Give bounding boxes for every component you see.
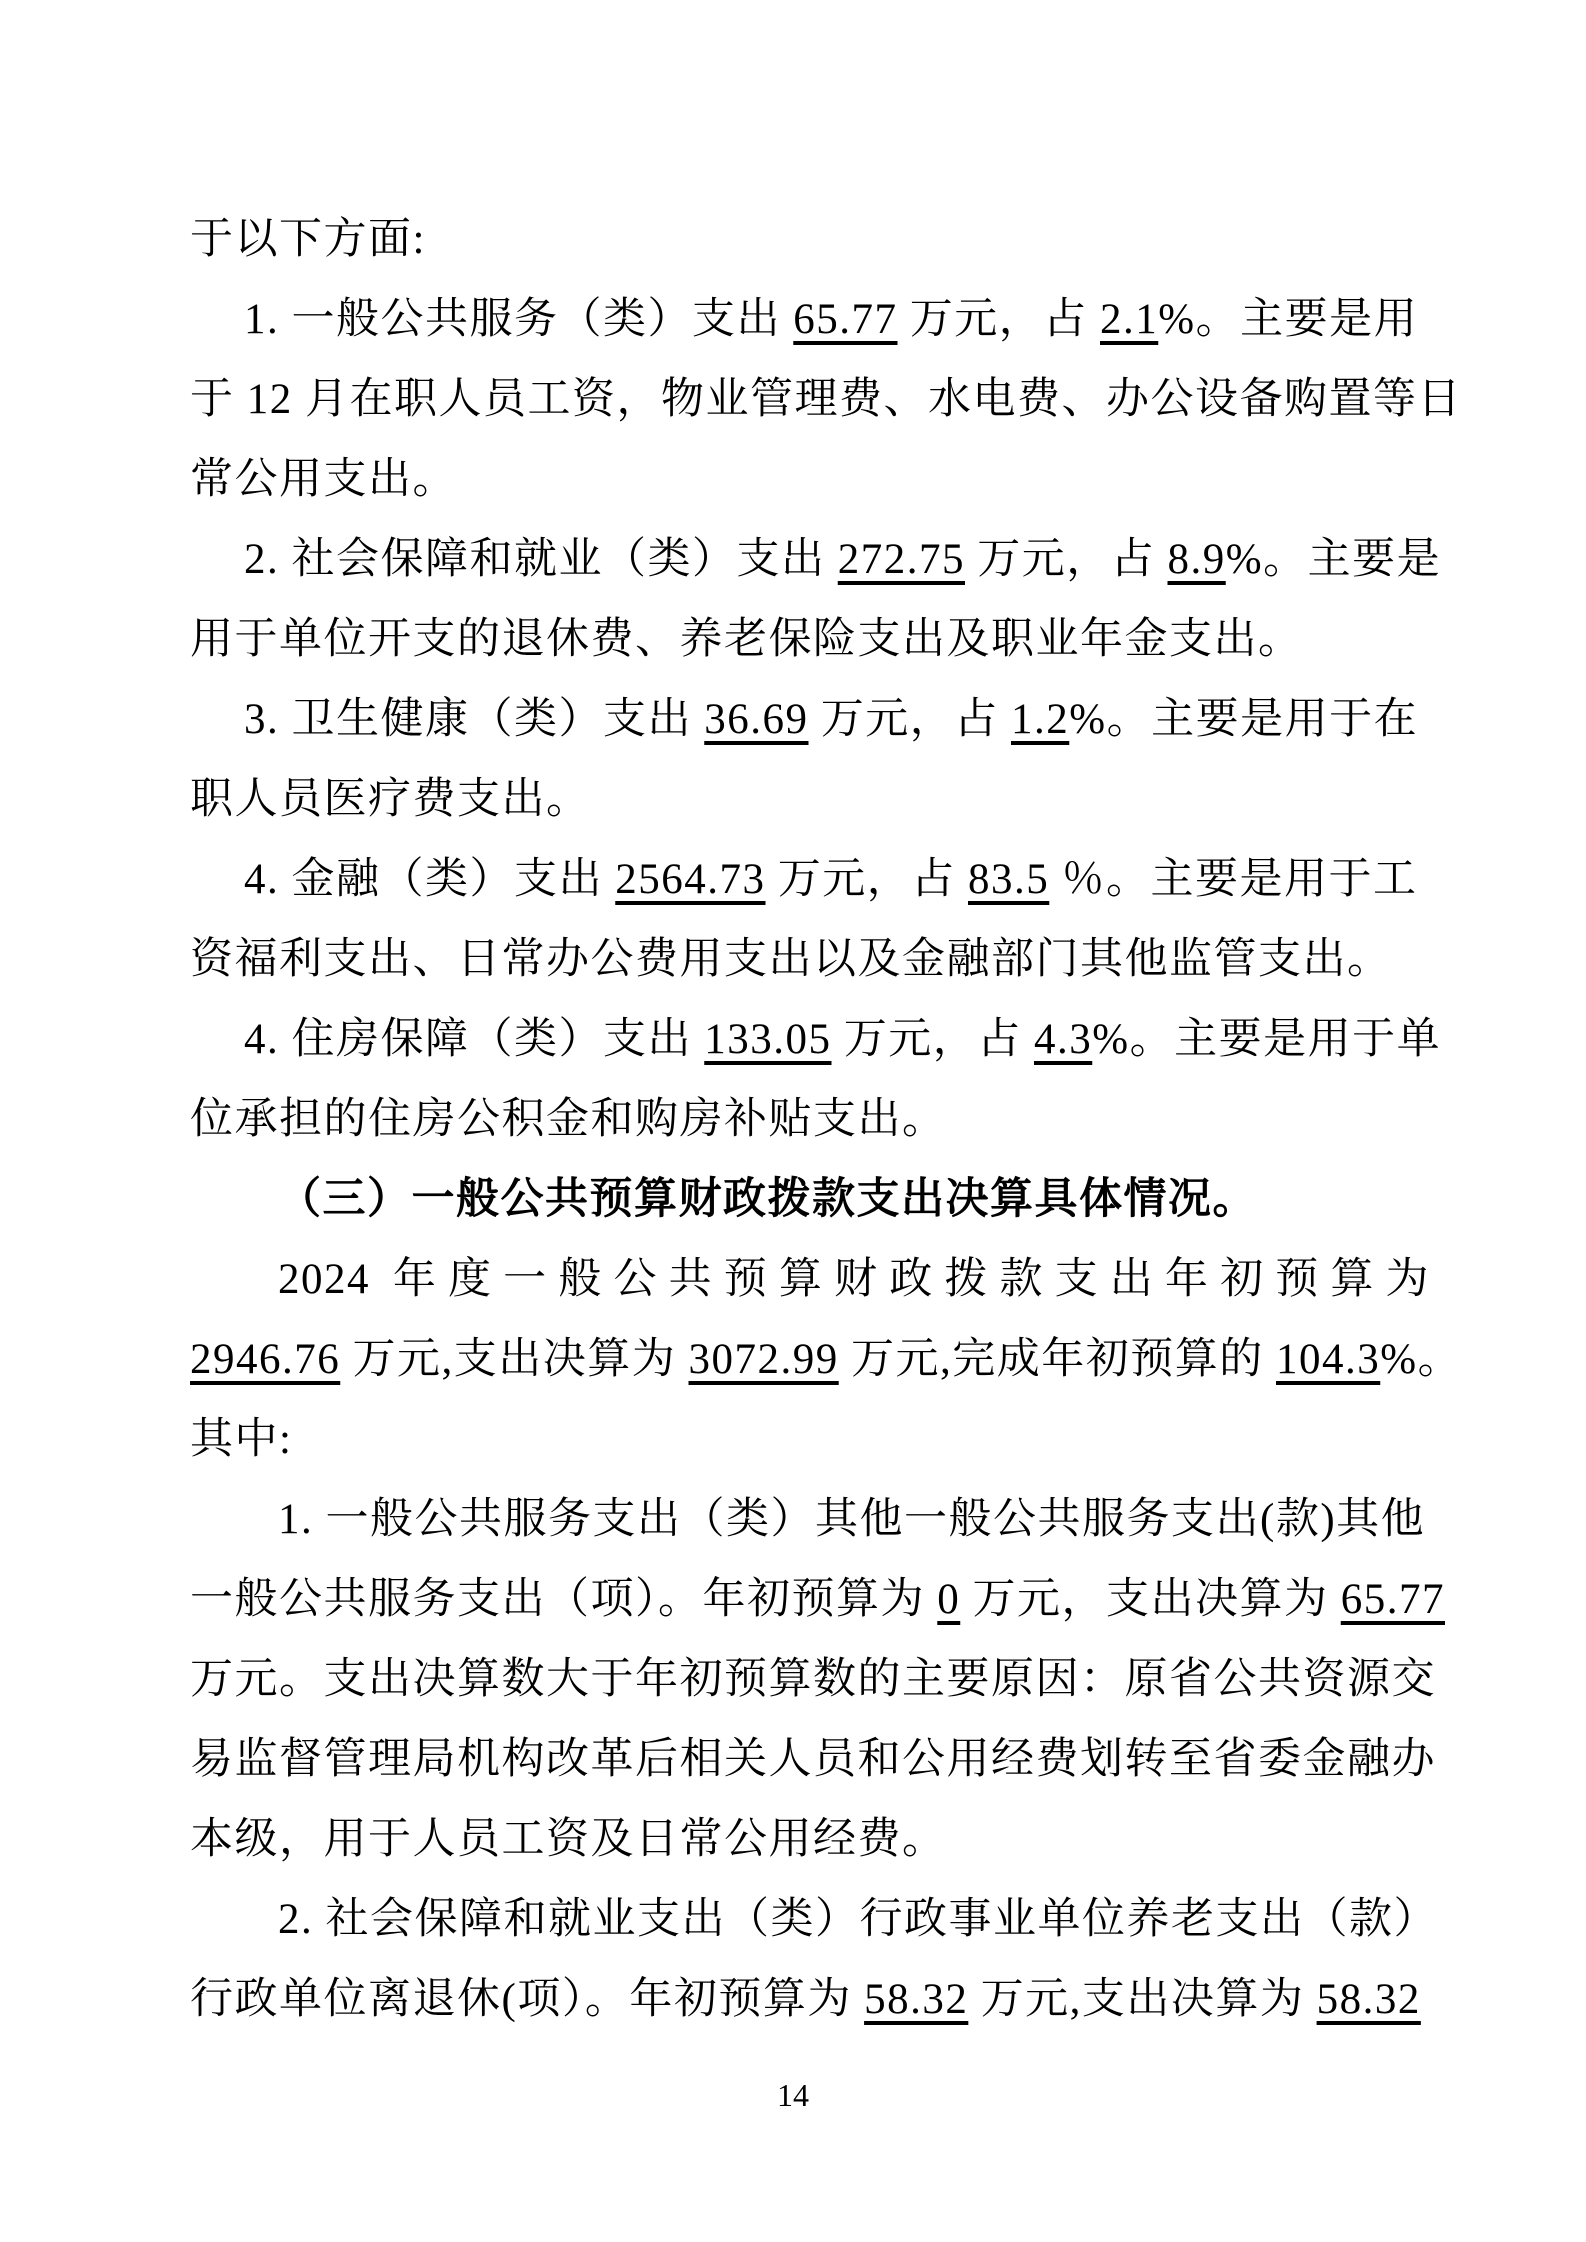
text-line: 易监督管理局机构改革后相关人员和公用经费划转至省委金融办 [190,1720,1430,1800]
text-line: 2. 社会保障和就业支出（类）行政事业单位养老支出（款） [190,1880,1430,1960]
text-segment: %。主要是 [1226,536,1441,583]
document-page: 于以下方面:1. 一般公共服务（类）支出 65.77 万元，占 2.1%。主要是… [0,0,1586,2242]
underlined-value: 8.9 [1168,536,1226,583]
text-segment: 万元,支出决算为 [340,1336,688,1383]
text-line: 行政单位离退休(项）。年初预算为 58.32 万元,支出决算为 58.32 [190,1960,1430,2040]
text-segment: 万元，支出决算为 [960,1576,1341,1623]
text-segment: 2024 年度一般公共预算财政拨款支出年初预算为 [278,1256,1430,1303]
text-segment: 万元，占 [832,1016,1035,1063]
text-segment: %。 [1380,1336,1462,1383]
underlined-value: 58.32 [1317,1976,1421,2023]
text-segment: 4. 金融（类）支出 [244,856,615,903]
text-segment: 1. 一般公共服务支出（类）其他一般公共服务支出(款)其他 [278,1496,1425,1543]
text-line: 4. 金融（类）支出 2564.73 万元，占 83.5 ％。主要是用于工 [190,840,1430,920]
text-segment: 2. 社会保障和就业支出（类）行政事业单位养老支出（款） [278,1896,1438,1943]
text-line: 一般公共服务支出（项）。年初预算为 0 万元，支出决算为 65.77 [190,1560,1430,1640]
text-segment: 位承担的住房公积金和购房补贴支出。 [190,1096,947,1143]
text-line: 2946.76 万元,支出决算为 3072.99 万元,完成年初预算的 104.… [190,1320,1430,1400]
text-segment: 万元，占 [766,856,969,903]
text-line: （三）一般公共预算财政拨款支出决算具体情况。 [190,1160,1430,1240]
text-segment: 易监督管理局机构改革后相关人员和公用经费划转至省委金融办 [190,1736,1436,1783]
text-segment: 于 12 月在职人员工资，物业管理费、水电费、办公设备购置等日 [190,376,1462,423]
text-line: 其中: [190,1400,1430,1480]
text-segment: 4. 住房保障（类）支出 [244,1016,704,1063]
text-segment: 3. 卫生健康（类）支出 [244,696,704,743]
underlined-value: 2.1 [1100,296,1158,343]
underlined-value: 2946.76 [190,1336,340,1383]
text-line: 3. 卫生健康（类）支出 36.69 万元，占 1.2%。主要是用于在 [190,680,1430,760]
underlined-value: 2564.73 [615,856,765,903]
text-line: 资福利支出、日常办公费用支出以及金融部门其他监管支出。 [190,920,1430,1000]
text-line: 于 12 月在职人员工资，物业管理费、水电费、办公设备购置等日 [190,360,1430,440]
text-segment: 一般公共服务支出（项）。年初预算为 [190,1576,937,1623]
text-line: 2. 社会保障和就业（类）支出 272.75 万元，占 8.9%。主要是 [190,520,1430,600]
underlined-value: 58.32 [864,1976,968,2023]
text-line: 1. 一般公共服务（类）支出 65.77 万元，占 2.1%。主要是用 [190,280,1430,360]
text-line: 1. 一般公共服务支出（类）其他一般公共服务支出(款)其他 [190,1480,1430,1560]
text-segment: 万元，占 [965,536,1168,583]
text-segment: 常公用支出。 [190,456,457,503]
underlined-value: 133.05 [704,1016,831,1063]
text-line: 2024 年度一般公共预算财政拨款支出年初预算为 [190,1240,1430,1320]
page-number: 14 [0,2075,1586,2115]
text-segment: 其中: [190,1416,292,1463]
text-line: 用于单位开支的退休费、养老保险支出及职业年金支出。 [190,600,1430,680]
text-line: 常公用支出。 [190,440,1430,520]
text-segment: 于以下方面: [190,216,426,263]
underlined-value: 1.2 [1011,696,1069,743]
text-segment: 万元,支出决算为 [968,1976,1316,2023]
text-segment: %。主要是用于在 [1069,696,1418,743]
text-segment: ％。主要是用于工 [1049,856,1417,903]
text-line: 位承担的住房公积金和购房补贴支出。 [190,1080,1430,1160]
text-line: 于以下方面: [190,200,1430,280]
text-segment: （三）一般公共预算财政拨款支出决算具体情况。 [278,1176,1257,1223]
underlined-value: 36.69 [704,696,808,743]
text-segment: 万元,完成年初预算的 [839,1336,1276,1383]
body-text: 于以下方面:1. 一般公共服务（类）支出 65.77 万元，占 2.1%。主要是… [190,200,1430,2040]
underlined-value: 272.75 [838,536,965,583]
text-segment: %。主要是用于单 [1092,1016,1441,1063]
underlined-value: 0 [937,1576,960,1623]
underlined-value: 3072.99 [689,1336,839,1383]
underlined-value: 65.77 [1341,1576,1445,1623]
underlined-value: 83.5 [968,856,1049,903]
text-segment: 万元，占 [809,696,1012,743]
text-line: 职人员医疗费支出。 [190,760,1430,840]
text-segment: 1. 一般公共服务（类）支出 [244,296,793,343]
text-segment: 职人员医疗费支出。 [190,776,591,823]
underlined-value: 65.77 [793,296,897,343]
text-segment: 万元。支出决算数大于年初预算数的主要原因：原省公共资源交 [190,1656,1436,1703]
underlined-value: 104.3 [1276,1336,1380,1383]
underlined-value: 4.3 [1034,1016,1092,1063]
text-segment: 用于单位开支的退休费、养老保险支出及职业年金支出。 [190,616,1303,663]
text-segment: 本级，用于人员工资及日常公用经费。 [190,1816,947,1863]
text-line: 4. 住房保障（类）支出 133.05 万元，占 4.3%。主要是用于单 [190,1000,1430,1080]
text-segment: 行政单位离退休(项）。年初预算为 [190,1976,864,2023]
text-line: 本级，用于人员工资及日常公用经费。 [190,1800,1430,1880]
text-segment: %。主要是用 [1158,296,1418,343]
text-segment: 2. 社会保障和就业（类）支出 [244,536,838,583]
text-line: 万元。支出决算数大于年初预算数的主要原因：原省公共资源交 [190,1640,1430,1720]
text-segment: 资福利支出、日常办公费用支出以及金融部门其他监管支出。 [190,936,1392,983]
text-segment: 万元，占 [898,296,1101,343]
